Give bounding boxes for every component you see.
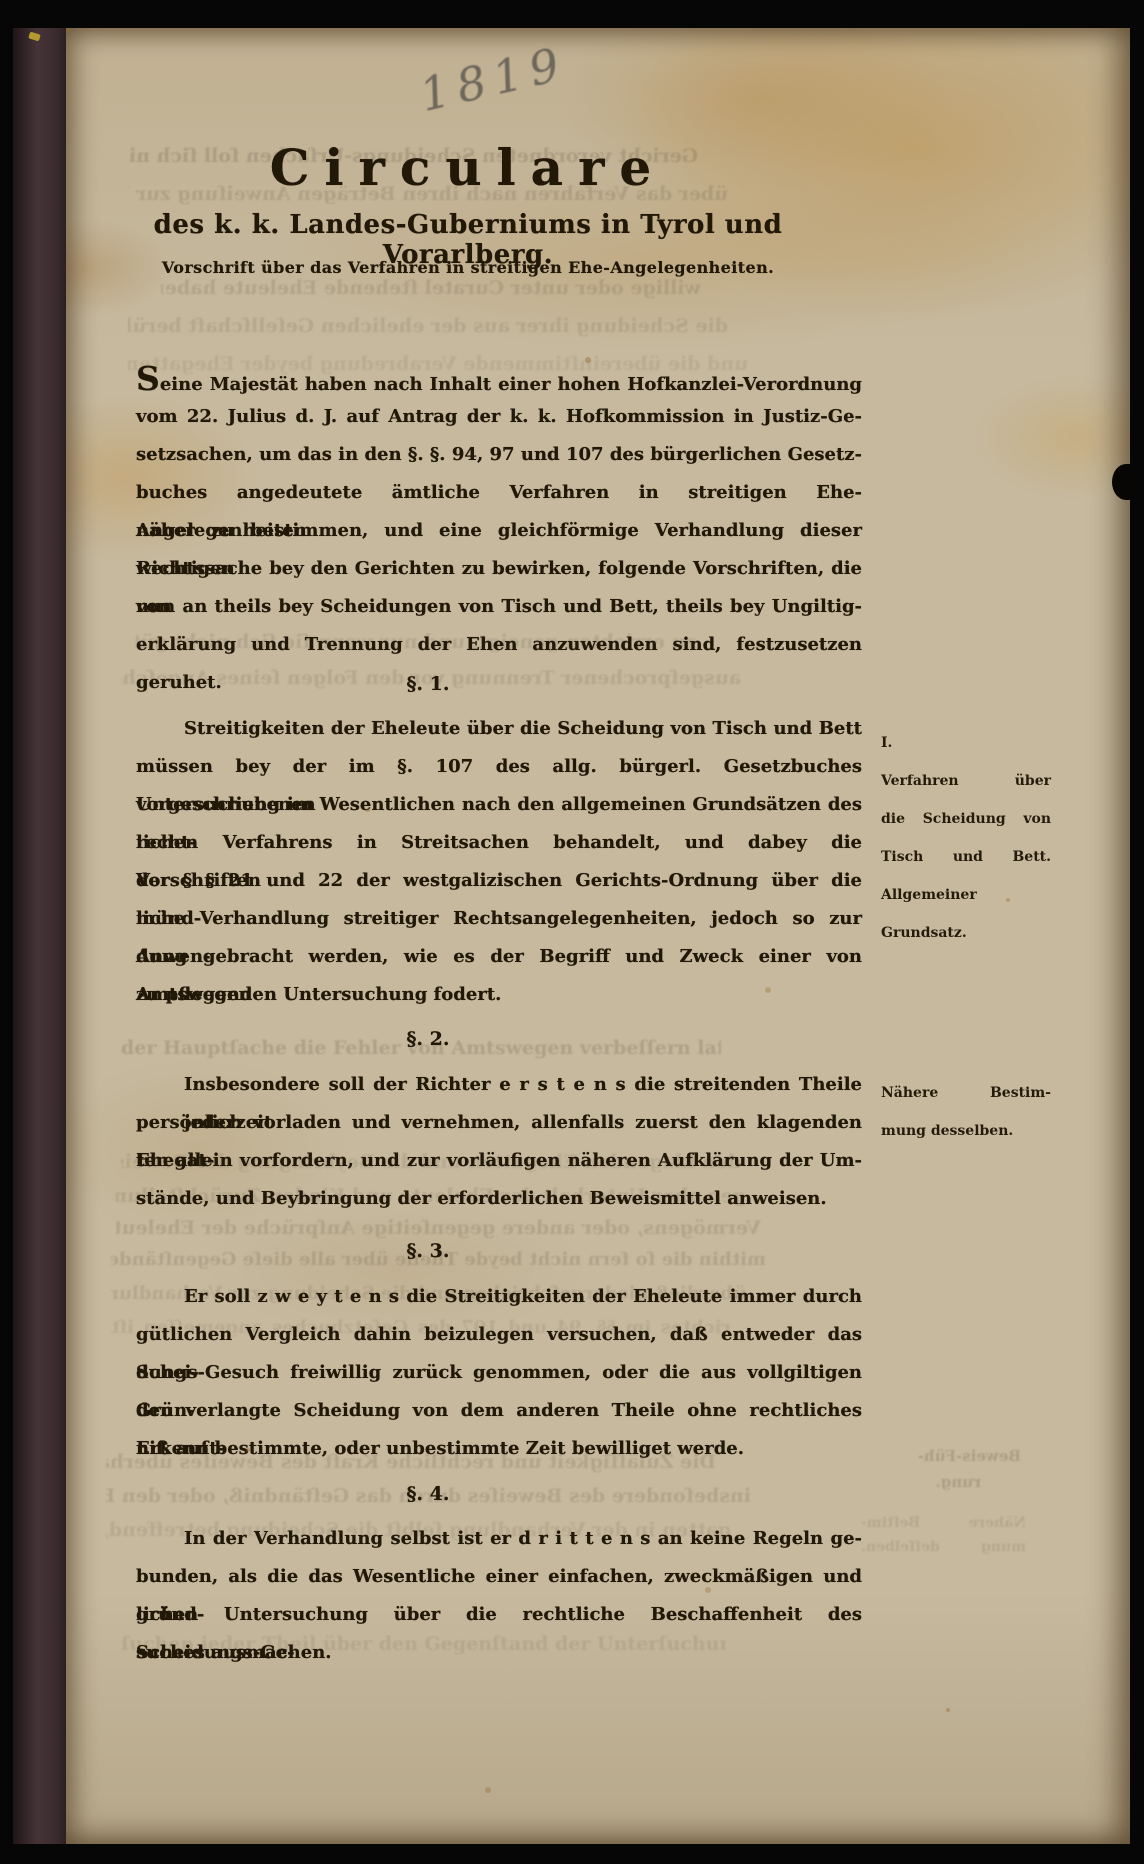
text-line: suches ausmachen.: [136, 1634, 862, 1672]
text-line: dung gebracht werden, wie es der Begriff…: [136, 938, 862, 976]
text-line: Tisch und Bett.: [881, 838, 1051, 876]
bleed-through-line: mung deſſelben.: [861, 1540, 1026, 1555]
text-line: Seine Majestät haben nach Inhalt einer h…: [136, 360, 862, 398]
section-4-paragraph: In der Verhandlung selbst ist er d r i t…: [136, 1520, 862, 1672]
bleed-through-line: die Scheidung ihrer aus der ehelichen Ge…: [128, 316, 728, 337]
document-title: Circulare: [78, 138, 858, 197]
section-1-heading: §. 1.: [78, 673, 778, 695]
section-1-paragraph: Streitigkeiten der Eheleute über die Sch…: [136, 710, 862, 1014]
text-line: Er soll z w e y t e n s die Streitigkeit…: [136, 1278, 862, 1316]
text-line: setzsachen, um das in den §. §. 94, 97 u…: [136, 436, 862, 474]
section-1-margin-note: I.Verfahren überdie Scheidung vonTisch u…: [881, 724, 1051, 952]
text-line: dungs-Gesuch freiwillig zurück genommen,…: [136, 1354, 862, 1392]
handwritten-year: 1819: [415, 20, 642, 122]
section-2-margin-note: Nähere Bestim-mung desselben.: [881, 1074, 1051, 1150]
text-line: Insbesondere soll der Richter e r s t e …: [136, 1066, 862, 1104]
bleed-through-line: willige oder unter Curatel ſtehende Ehel…: [161, 278, 701, 299]
text-line: näher zu bestimmen, und eine gleichförmi…: [136, 512, 862, 550]
text-line: zu pflegenden Untersuchung fodert.: [136, 976, 862, 1014]
text-line: Nähere Bestim-: [881, 1074, 1051, 1112]
section-3-paragraph: Er soll z w e y t e n s die Streitigkeit…: [136, 1278, 862, 1468]
text-line: müssen bey der im §. 107 des allg. bürge…: [136, 748, 862, 786]
page-edge-tear: [1112, 464, 1132, 500]
intro-paragraph: Seine Majestät haben nach Inhalt einer h…: [136, 360, 862, 664]
text-line: den verlangte Scheidung von dem anderen …: [136, 1392, 862, 1430]
text-line: lichen Untersuchung über die rechtliche …: [136, 1596, 862, 1634]
text-line: Allgemeiner: [881, 876, 1051, 914]
text-line: Streitigkeiten der Eheleute über die Sch…: [136, 710, 862, 748]
text-line: I.: [881, 724, 1051, 762]
text-line: lichen Verfahrens in Streitsachen behand…: [136, 824, 862, 862]
text-line: vom 22. Julius d. J. auf Antrag der k. k…: [136, 398, 862, 436]
text-line: In der Verhandlung selbst ist er d r i t…: [136, 1520, 862, 1558]
section-2-paragraph: Insbesondere soll der Richter e r s t e …: [136, 1066, 862, 1218]
document-heading: Vorschrift über das Verfahren in streiti…: [78, 258, 858, 277]
text-line: gütlichen Vergleich dahin beizulegen ver…: [136, 1316, 862, 1354]
text-line: liche Verhandlung streitiger Rechtsangel…: [136, 900, 862, 938]
text-line: niß auf bestimmte, oder unbestimmte Zeit…: [136, 1430, 862, 1468]
text-line: mung desselben.: [881, 1112, 1051, 1150]
section-2-heading: §. 2.: [78, 1028, 778, 1050]
bleed-through-line: rung.: [911, 1474, 981, 1491]
document-paper: Gericht verordneten Scheidungs-Urſachen …: [66, 28, 1130, 1844]
bleed-through-line: Vermögens, oder andere gegenſeitige Anſp…: [116, 1218, 761, 1239]
bleed-through-line: Nähere Beſtim-: [861, 1516, 1026, 1531]
section-4-heading: §. 4.: [78, 1483, 778, 1505]
text-line: erklärung und Trennung der Ehen anzuwend…: [136, 626, 862, 664]
text-line: stände, und Beybringung der erforderlich…: [136, 1180, 862, 1218]
text-line: Grundsatz.: [881, 914, 1051, 952]
text-line: die Scheidung von: [881, 800, 1051, 838]
text-line: bunden, als die das Wesentliche einer ei…: [136, 1558, 862, 1596]
bleed-through-line: Beweis-Füh-: [871, 1448, 1021, 1465]
text-line: Rechtssache bey den Gerichten zu bewirke…: [136, 550, 862, 588]
text-line: persönlich vorladen und vernehmen, allen…: [136, 1104, 862, 1142]
text-line: nun an theils bey Scheidungen von Tisch …: [136, 588, 862, 626]
text-line: ten allein vorfordern, und zur vorläufig…: [136, 1142, 862, 1180]
text-line: Untersuchung im Wesentlichen nach den al…: [136, 786, 862, 824]
book-spine: [13, 28, 67, 1844]
fox-spots: [66, 28, 70, 32]
text-line: Verfahren über: [881, 762, 1051, 800]
text-line: der § § 21 und 22 der westgalizischen Ge…: [136, 862, 862, 900]
section-3-heading: §. 3.: [78, 1240, 778, 1262]
scanned-document-page: Gericht verordneten Scheidungs-Urſachen …: [0, 0, 1144, 1864]
text-line: buches angedeutete ämtliche Verfahren in…: [136, 474, 862, 512]
